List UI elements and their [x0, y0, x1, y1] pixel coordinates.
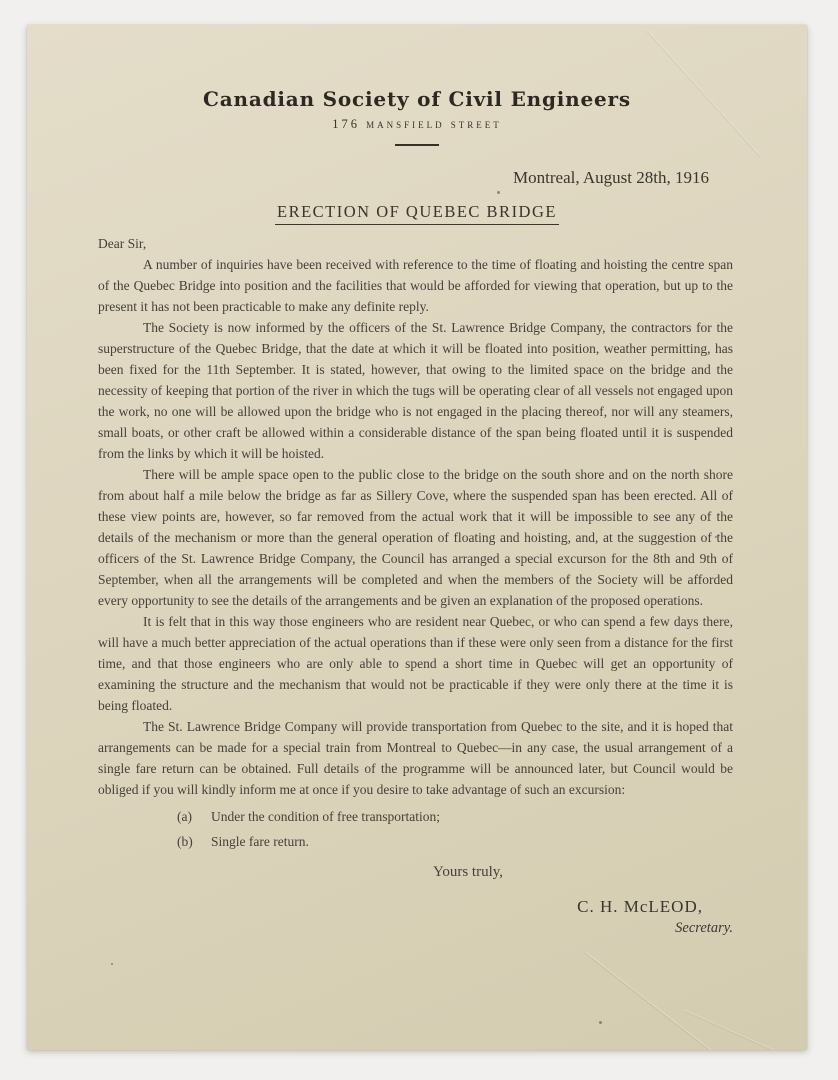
scanned-letter-background: Canadian Society of Civil Engineers 176 … [0, 0, 838, 1080]
salutation: Dear Sir, [98, 233, 733, 254]
letter-title: ERECTION OF QUEBEC BRIDGE [27, 201, 807, 223]
list-item-text: Under the condition of free transportati… [211, 804, 440, 829]
organization-address: 176 Mansfield Street [27, 118, 807, 131]
letter-page: Canadian Society of Civil Engineers 176 … [27, 25, 807, 1050]
letterhead-divider-rule [395, 144, 439, 146]
paper-speck [497, 191, 500, 194]
list-item-text: Single fare return. [211, 829, 309, 854]
paragraph: A number of inquiries have been received… [98, 254, 733, 317]
letter-body: Dear Sir, A number of inquiries have bee… [98, 233, 733, 937]
list-item-label: (a) [177, 804, 199, 829]
fold-crease-bottom-corner [684, 1010, 794, 1050]
complimentary-closing: Yours truly, [433, 861, 733, 883]
paragraph: The St. Lawrence Bridge Company will pro… [98, 716, 733, 800]
paper-speck [111, 963, 113, 965]
paragraph: There will be ample space open to the pu… [98, 464, 733, 611]
paragraph: The Society is now informed by the offic… [98, 317, 733, 464]
list-item: (a) Under the condition of free transpor… [177, 804, 733, 829]
excursion-options-list: (a) Under the condition of free transpor… [98, 804, 733, 854]
signature-block: C. H. McLEOD, Secretary. [98, 896, 733, 937]
list-item: (b) Single fare return. [177, 829, 733, 854]
paper-speck [599, 1021, 602, 1024]
fold-crease-bottom-right [585, 952, 736, 1050]
letter-title-text: ERECTION OF QUEBEC BRIDGE [275, 202, 559, 225]
signature-title: Secretary. [98, 919, 733, 937]
dateline: Montreal, August 28th, 1916 [27, 167, 807, 189]
organization-name: Canadian Society of Civil Engineers [27, 87, 807, 111]
signature-name: C. H. McLEOD, [98, 896, 733, 917]
paragraph: It is felt that in this way those engine… [98, 611, 733, 716]
list-item-label: (b) [177, 829, 199, 854]
letterhead: Canadian Society of Civil Engineers 176 … [27, 87, 807, 146]
